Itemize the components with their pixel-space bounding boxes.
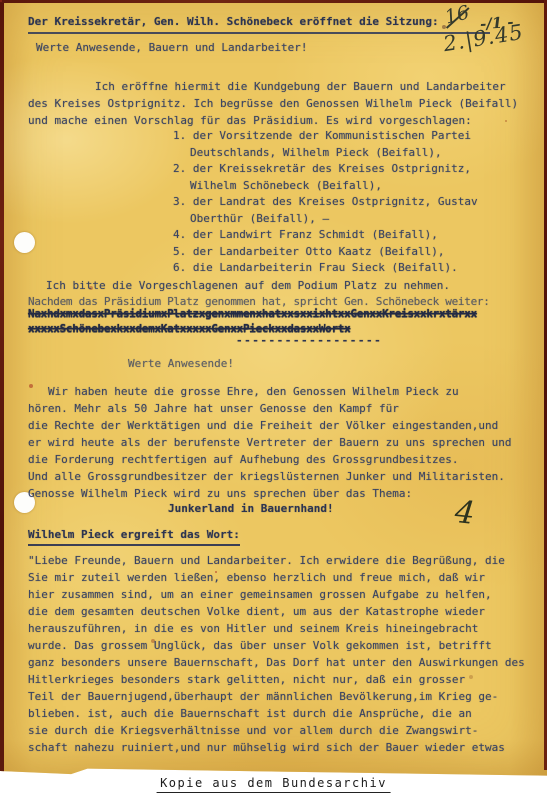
text-line: die Rechte der Werktätigen und die Freih…	[28, 417, 511, 434]
list-item: 6. die Landarbeiterin Frau Sieck (Beifal…	[173, 260, 478, 277]
podium-block: Ich bitte die Vorgeschlagenen auf dem Po…	[28, 277, 450, 294]
text-line: Ich eröffne hiermit die Kundgebung der B…	[95, 78, 518, 95]
title-block: Der Kreissekretär, Gen. Wilh. Schönebeck…	[28, 10, 490, 34]
intro-paragraph: Ich eröffne hiermit die Kundgebung der B…	[28, 78, 518, 129]
text-line: Ich bitte die Vorgeschlagenen auf dem Po…	[46, 277, 450, 294]
text-line: des Kreises Ostprignitz. Ich begrüsse de…	[28, 95, 518, 112]
text-line: herauszuführen, in die es von Hitler und…	[28, 620, 525, 637]
theme-block: Junkerland in Bauernhand!	[28, 500, 334, 517]
second-salutation-block: Werte Anwesende!	[28, 355, 234, 372]
paper-edge-left	[0, 0, 4, 778]
text-line: ganz besonders unsere Bauernschaft, Das …	[28, 654, 525, 671]
list-item: 1. der Vorsitzende der Kommunistischen P…	[173, 128, 478, 145]
text-line: die Forderung rechtfertigen auf Aufhebun…	[28, 451, 511, 468]
document-page: Der Kreissekretär, Gen. Wilh. Schönebeck…	[0, 0, 547, 778]
announcement-paragraph: Wir haben heute die grosse Ehre, den Gen…	[28, 383, 511, 502]
archive-caption: Kopie aus dem Bundesarchiv	[156, 776, 391, 793]
text-line: hier zusammen sind, um an einer gemeinsa…	[28, 586, 525, 603]
list-item-continuation: Wilhelm Schönebeck (Beifall),	[190, 178, 478, 195]
salutation-line: Werte Anwesende, Bauern und Landarbeiter…	[36, 39, 308, 56]
text-line: Wir haben heute die grosse Ehre, den Gen…	[48, 383, 511, 400]
text-line: er wird heute als der berufenste Vertret…	[28, 434, 511, 451]
speaker-heading: Wilhelm Pieck ergreift das Wort:	[28, 528, 240, 541]
handwritten-margin-number: 4	[453, 494, 476, 532]
text-line: hören. Mehr als 50 Jahre hat unser Genos…	[28, 400, 511, 417]
list-item: 5. der Landarbeiter Otto Kaatz (Beifall)…	[173, 244, 478, 261]
salutation-block: Werte Anwesende, Bauern und Landarbeiter…	[28, 39, 308, 56]
list-item: 2. der Kreissekretär des Kreises Ostprig…	[173, 161, 478, 178]
list-item-continuation: Oberthür (Beifall), —	[190, 211, 478, 228]
dashed-rule: ------------------	[236, 332, 382, 349]
text-line: Sie mir zuteil werden ließen, ebenso her…	[28, 569, 525, 586]
list-item-continuation: Deutschlands, Wilhelm Pieck (Beifall),	[190, 145, 478, 162]
text-line: wurde. Das grossem Unglück, das über uns…	[28, 637, 525, 654]
presidium-list: 1. der Vorsitzende der Kommunistischen P…	[28, 128, 478, 277]
speech-paragraph: "Liebe Freunde, Bauern und Landarbeiter.…	[28, 552, 525, 756]
text-line: blieben. ist, auch die Bauernschaft ist …	[28, 705, 525, 722]
text-line: die dem gesamten deutschen Volke dient, …	[28, 603, 525, 620]
text-line: sie durch die Kriegsverhältnisse und vor…	[28, 722, 525, 739]
list-item: 4. der Landwirt Franz Schmidt (Beifall),	[173, 227, 478, 244]
paper-stain-specks	[0, 0, 2, 2]
text-line: Hitlerkrieges besonders stark gelitten, …	[28, 671, 525, 688]
text-line: und mache einen Vorschlag für das Präsid…	[28, 112, 518, 129]
text-line: schaft nahezu ruiniert,und nur mühselig …	[28, 739, 525, 756]
salutation-line: Werte Anwesende!	[128, 355, 234, 372]
theme-line: Junkerland in Bauernhand!	[168, 500, 334, 517]
speaker-heading-block: Wilhelm Pieck ergreift das Wort:	[28, 523, 240, 546]
text-line: Teil der Bauernjugend,überhaupt der männ…	[28, 688, 525, 705]
dashed-rule-block: ------------------	[28, 332, 382, 349]
text-line: Und alle Grossgrundbesitzer der kriegslü…	[28, 468, 511, 485]
title-line: Der Kreissekretär, Gen. Wilh. Schönebeck…	[28, 15, 439, 28]
text-line: "Liebe Freunde, Bauern und Landarbeiter.…	[28, 552, 525, 569]
list-item: 3. der Landrat des Kreises Ostprignitz, …	[173, 194, 478, 211]
scanned-document-photo: Der Kreissekretär, Gen. Wilh. Schönebeck…	[0, 0, 547, 800]
